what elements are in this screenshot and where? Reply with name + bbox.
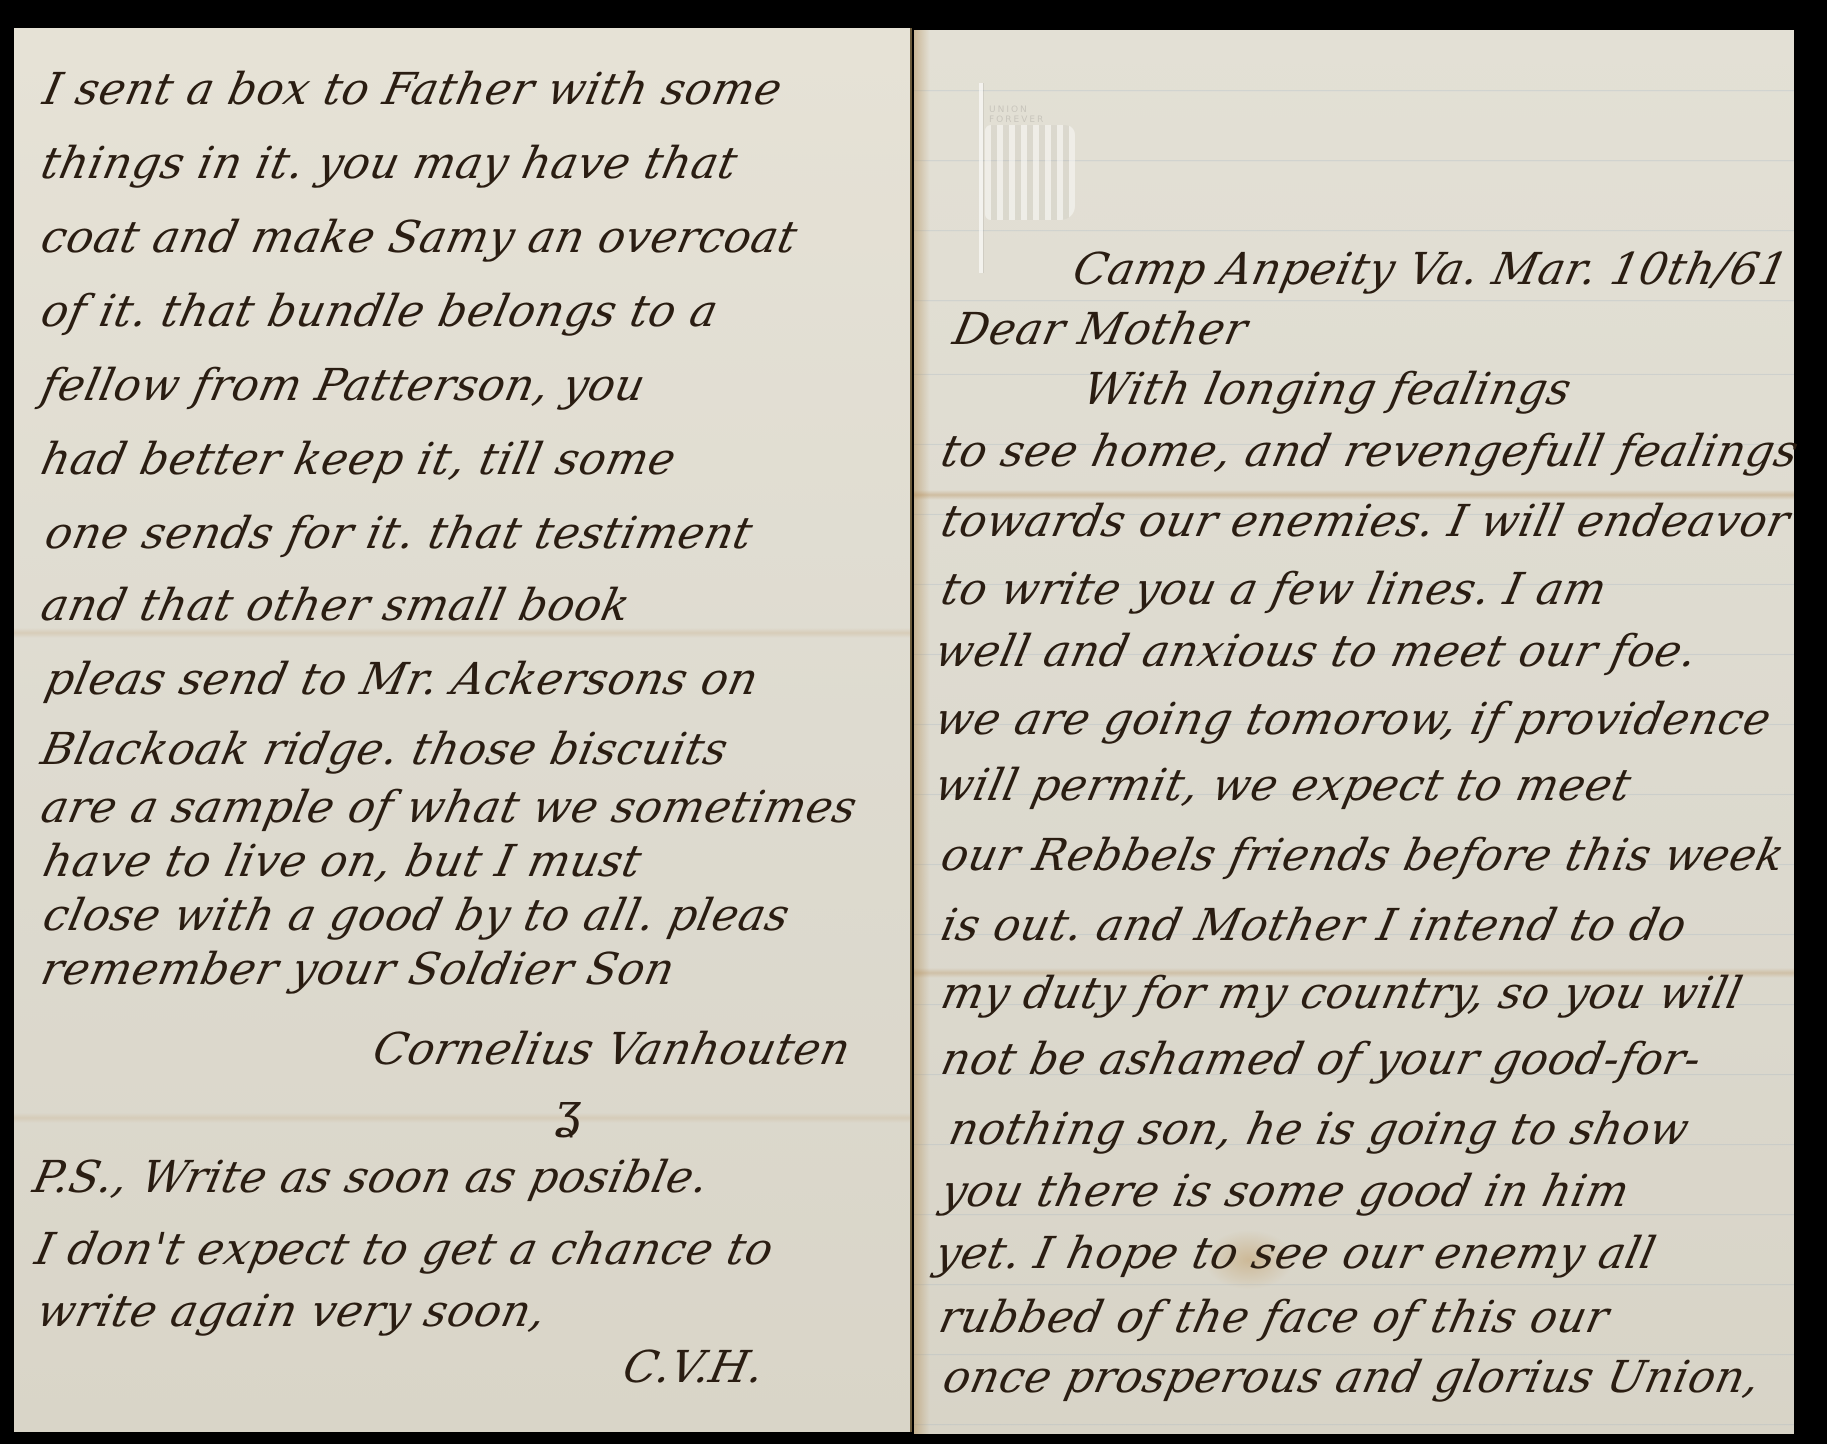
salutation: Dear Mother [949,308,1251,352]
postscript-line: I don't expect to get a chance to [31,1228,777,1272]
flourish-mark: ʓ [554,1083,581,1139]
letter-line: not be ashamed of your good-for- [937,1038,1705,1082]
letter-line: to see home, and revengefull fealings [937,430,1802,474]
initials: C.V.H. [619,1346,768,1390]
letter-line: Blackoak ridge. those biscuits [37,728,731,772]
fold-crease [14,1113,910,1123]
letter-line: once prosperous and glorius Union, [939,1356,1764,1400]
letter-line: of it. that bundle belongs to a [37,290,722,334]
left-page: I sent a box to Father with some things … [14,28,912,1432]
letter-line: things in it. you may have that [37,142,741,186]
letter-line: our Rebbels friends before this week [937,834,1788,878]
letter-line: you there is some good in him [937,1170,1633,1214]
letter-line: pleas send to Mr. Ackersons on [41,658,762,702]
letter-line: I sent a box to Father with some [39,68,786,112]
letter-line: nothing son, he is going to show [945,1108,1693,1152]
letter-line: rubbed of the face of this our [935,1296,1613,1340]
letter-line: had better keep it, till some [37,438,680,482]
letter-line: remember your Soldier Son [37,948,678,992]
flag-pole [979,83,983,273]
letter-line: fellow from Patterson, you [37,364,649,408]
letter-line: and that other small book [37,584,634,628]
letter-line: towards our enemies. I will endeavor [937,500,1793,544]
letter-line: will permit, we expect to meet [931,764,1635,808]
dateline: Camp Anpeity Va. Mar. 10th/61 [1069,248,1792,292]
embossed-flag-letterhead: UNION FOREVER [969,75,1089,285]
postscript-line: write again very soon, [33,1290,550,1334]
flag-icon [985,125,1075,220]
letter-line: to write you a few lines. I am [937,568,1610,612]
letter-line: With longing fealings [1079,368,1575,412]
letter-line: is out. and Mother I intend to do [937,904,1690,948]
right-page: UNION FOREVER Camp Anpeity Va. Mar. 10th… [914,30,1794,1434]
letter-sheet: I sent a box to Father with some things … [14,28,1774,1432]
emboss-banner-text: UNION FOREVER [989,105,1074,119]
edge-stain [914,30,930,1434]
letter-line: close with a good by to all. pleas [39,894,793,938]
letter-line: well and anxious to meet our foe. [931,630,1701,674]
letter-line: we are going tomorow, if providence [931,698,1775,742]
letter-line: my duty for my country, so you will [937,972,1746,1016]
signature: Cornelius Vanhouten [369,1028,854,1072]
letter-line: one sends for it. that testiment [41,512,756,556]
letter-line: yet. I hope to see our enemy all [931,1232,1659,1276]
letter-line: are a sample of what we sometimes [37,786,860,830]
letter-line: have to live on, but I must [39,840,645,884]
letter-line: coat and make Samy an overcoat [37,216,801,260]
postscript-line: P.S., Write as soon as posible. [29,1156,712,1200]
